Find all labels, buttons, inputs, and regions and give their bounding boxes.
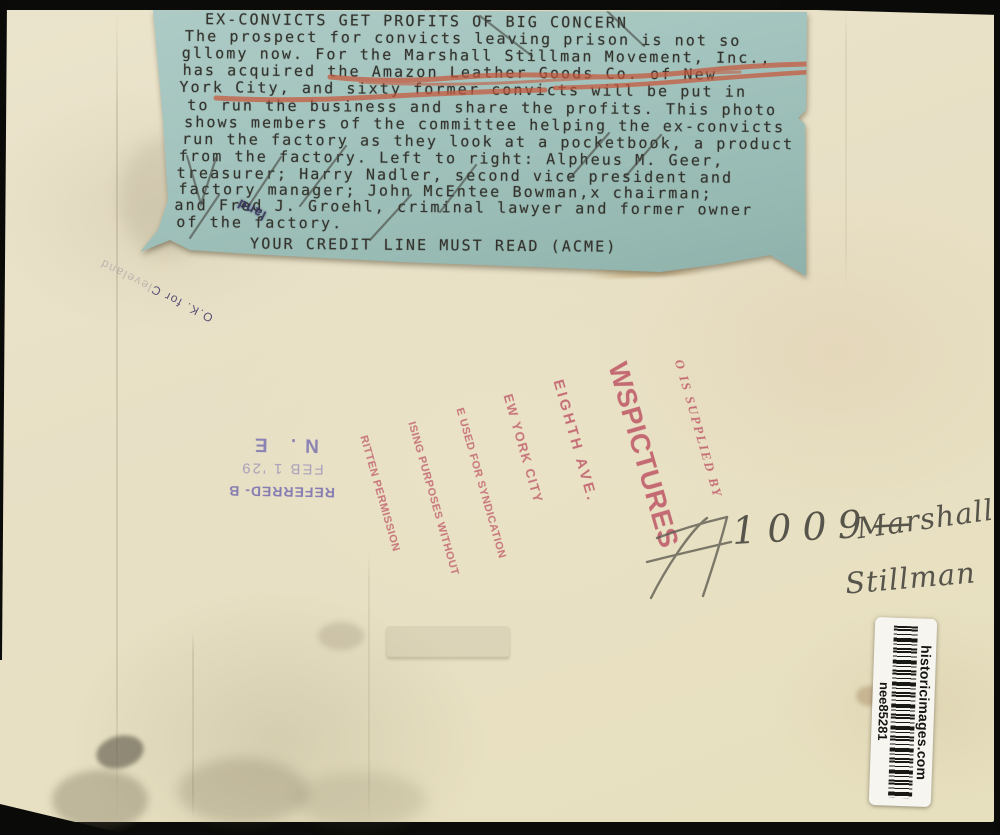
smudge-mark [296, 772, 426, 828]
photo-back-paper: O.K. for Cleveland REFERRED- B FEB 1 '29… [0, 10, 994, 822]
smudge-mark [318, 622, 364, 650]
fold-line [116, 10, 118, 822]
pencil-monogram [645, 508, 740, 606]
barcode-sticker: historicimages.com nee85281 [869, 617, 938, 807]
crayon-and-pencil-marks [130, 6, 814, 284]
fold-line [845, 10, 847, 290]
scanned-photo-back: O.K. for Cleveland REFERRED- B FEB 1 '29… [0, 0, 1000, 835]
smudge-mark [178, 758, 308, 824]
barcode-sticker-content: historicimages.com nee85281 [871, 619, 935, 805]
pencil-name-line2: Stillman [844, 555, 977, 600]
smudge-mark [93, 731, 147, 774]
newspictures-agency-stamp: O IS SUPPLIED BY WSPICTURES EIGHTH AVE. … [322, 334, 780, 668]
frame-edge-right [994, 0, 1000, 835]
caption-slip-wrapper: 130748 EX-CONVICTS GET PROFITS OF BIG CO… [130, 6, 814, 284]
caption-slip: 130748 EX-CONVICTS GET PROFITS OF BIG CO… [130, 6, 814, 284]
